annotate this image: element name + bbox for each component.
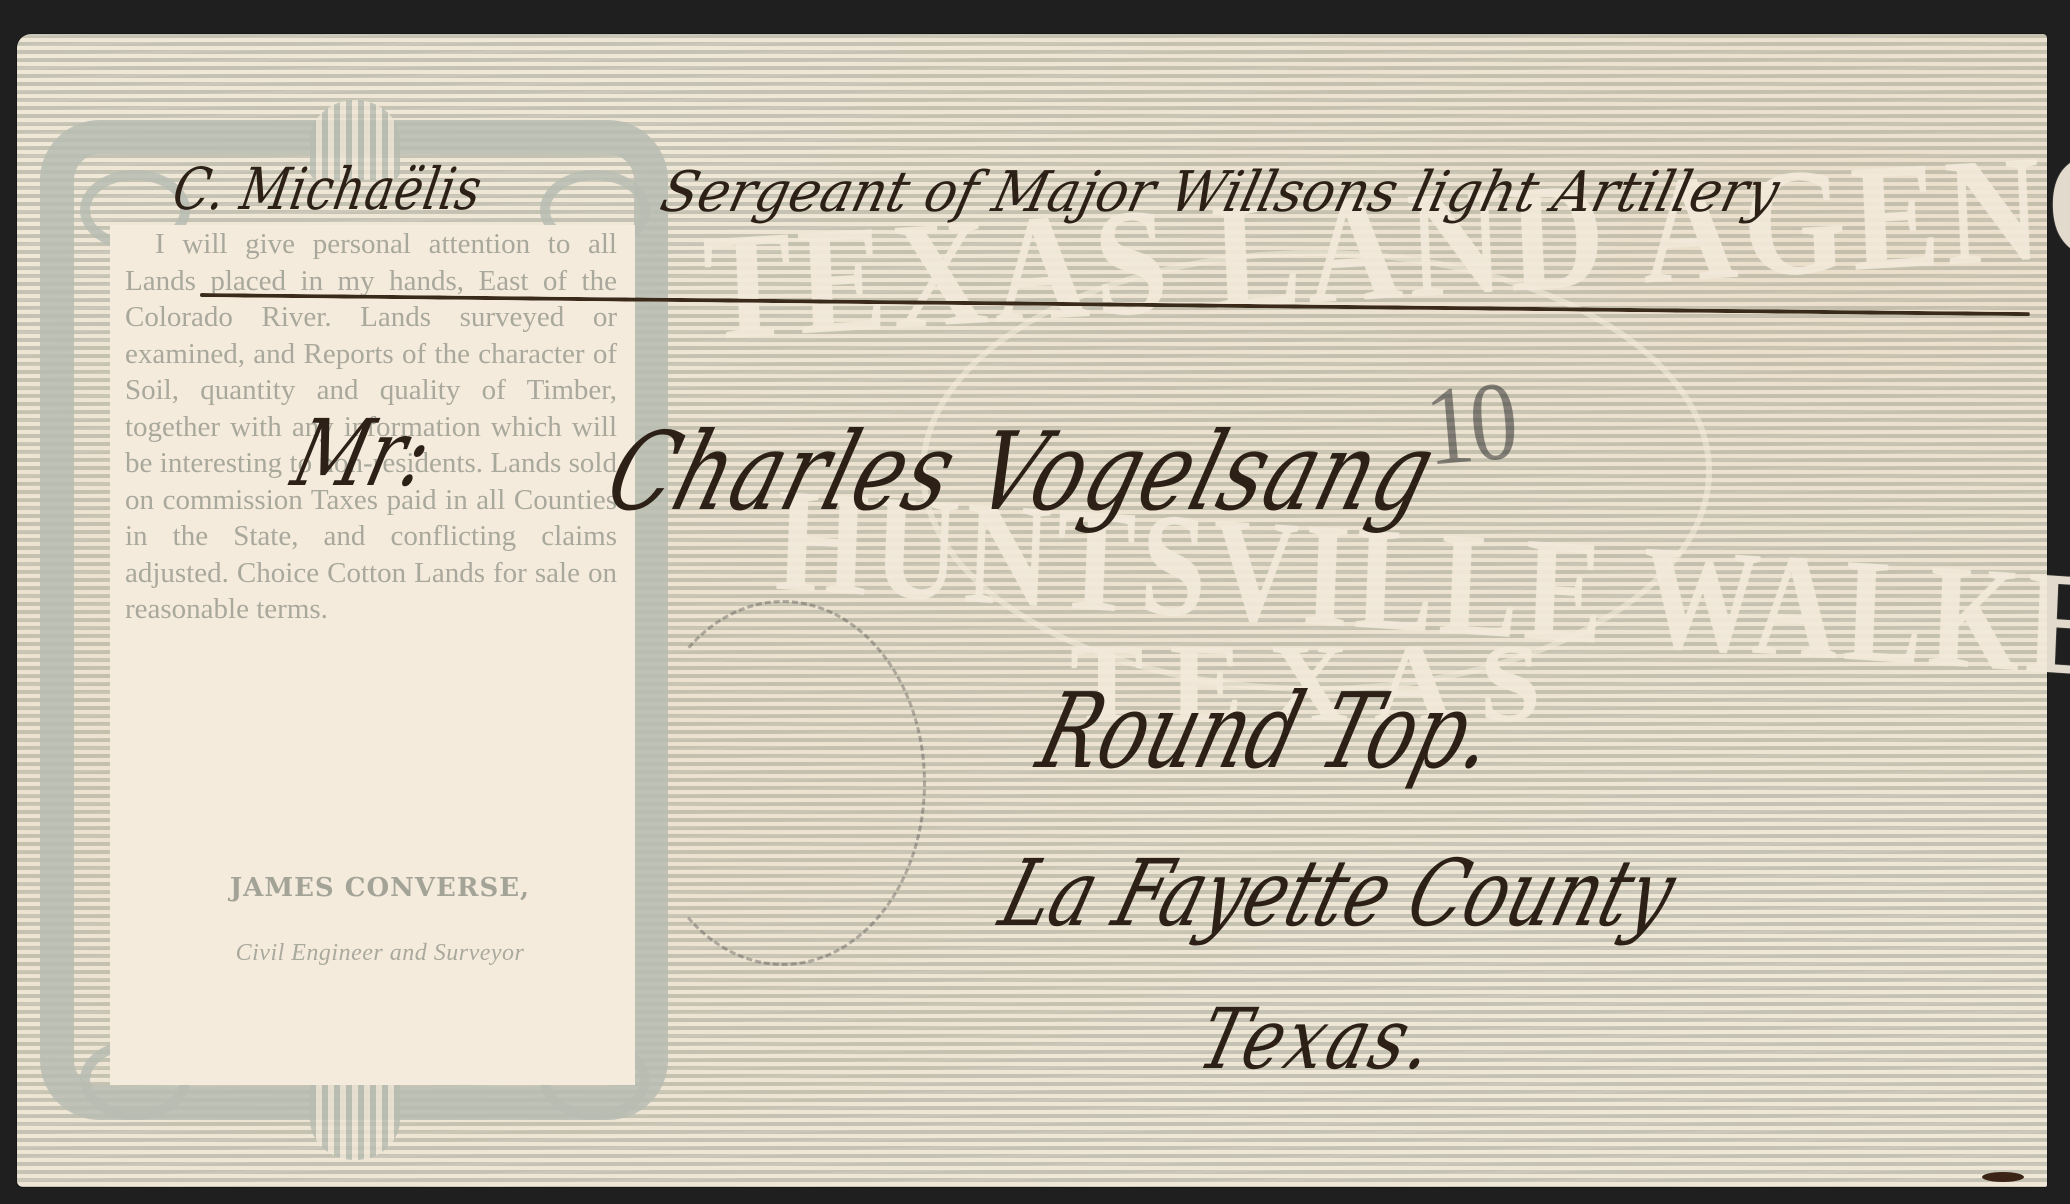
advertiser-title: Civil Engineer and Surveyor	[135, 940, 625, 967]
salutation: Mr:	[283, 400, 442, 507]
sender-rank: Sergeant of Major Willsons light Artille…	[655, 160, 1786, 225]
ink-stain	[1982, 1172, 2024, 1182]
advertiser-name: JAMES CONVERSE,	[150, 873, 610, 903]
sender-name: C. Michaëlis	[168, 155, 487, 223]
addressee-name: Charles Vogelsang	[595, 410, 1449, 535]
address-state: Texas.	[1190, 990, 1448, 1088]
address-county: La Fayette County	[990, 840, 1687, 947]
address-town: Round Top.	[1027, 670, 1509, 792]
postmark-circle	[640, 600, 926, 966]
shell-ornament-icon	[310, 1080, 400, 1160]
